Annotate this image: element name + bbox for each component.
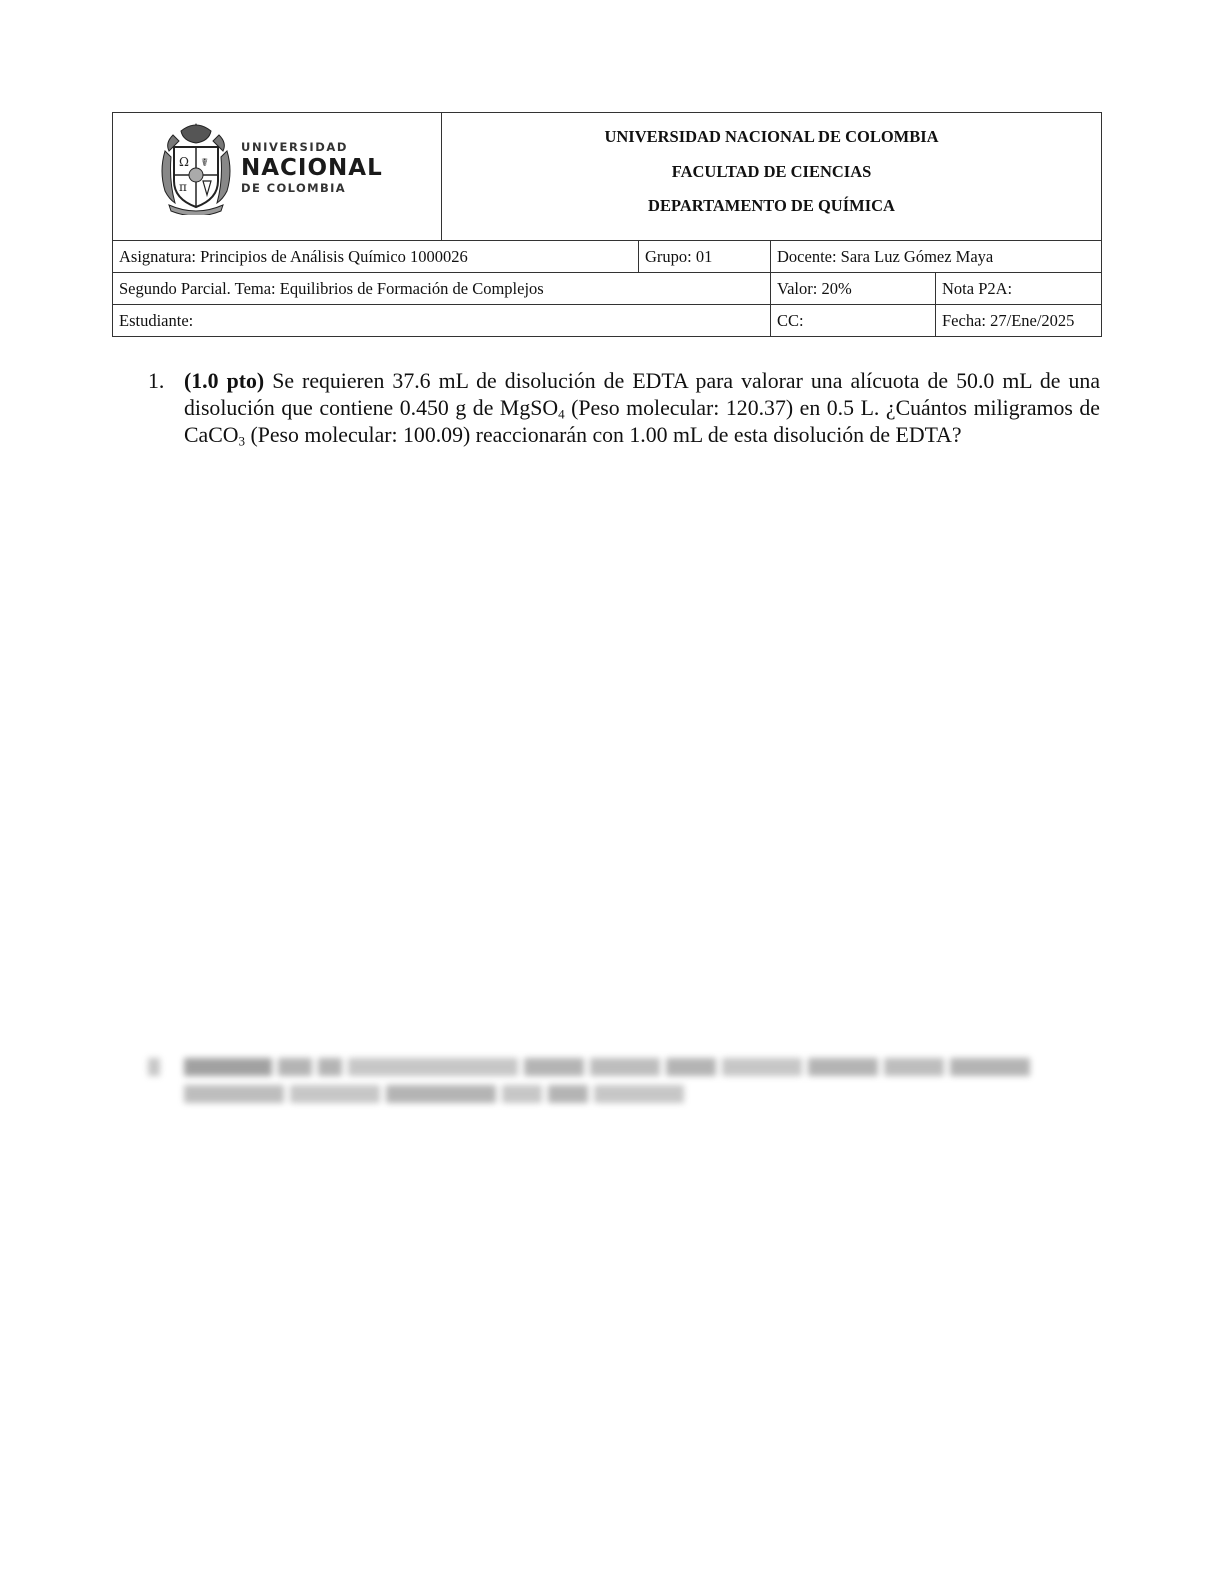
department-title: DEPARTAMENTO DE QUÍMICA — [448, 189, 1095, 224]
teacher-field: Docente: Sara Luz Gómez Maya — [771, 241, 1102, 273]
student-field: Estudiante: — [113, 305, 771, 337]
date-field: Fecha: 27/Ene/2025 — [936, 305, 1102, 337]
course-field: Asignatura: Principios de Análisis Quími… — [113, 241, 639, 273]
university-crest-icon: Ω ☤ π — [159, 121, 233, 215]
wordmark-line-2: NACIONAL — [241, 157, 383, 180]
logo-cell: Ω ☤ π UNIVERSIDAD NACIONAL DE COLOMBIA — [113, 113, 442, 241]
question-body-redacted — [184, 1052, 1100, 1106]
exam-header-table: Ω ☤ π UNIVERSIDAD NACIONAL DE COLOMBIA U… — [112, 112, 1102, 337]
university-wordmark: UNIVERSIDAD NACIONAL DE COLOMBIA — [241, 142, 383, 195]
svg-text:☤: ☤ — [201, 156, 208, 169]
id-field: CC: — [771, 305, 936, 337]
wordmark-line-1: UNIVERSIDAD — [241, 142, 383, 154]
university-logo: Ω ☤ π UNIVERSIDAD NACIONAL DE COLOMBIA — [159, 121, 383, 215]
institution-titles: UNIVERSIDAD NACIONAL DE COLOMBIA FACULTA… — [442, 113, 1102, 241]
question-1: 1. (1.0 pto) Se requieren 37.6 mL de dis… — [148, 368, 1100, 449]
exam-topic-field: Segundo Parcial. Tema: Equilibrios de Fo… — [113, 273, 771, 305]
wordmark-line-3: DE COLOMBIA — [241, 183, 383, 195]
svg-text:Ω: Ω — [179, 155, 189, 169]
faculty-title: FACULTAD DE CIENCIAS — [448, 155, 1095, 190]
question-number-redacted — [148, 1052, 166, 1079]
value-field: Valor: 20% — [771, 273, 936, 305]
group-field: Grupo: 01 — [639, 241, 771, 273]
question-number: 1. — [148, 368, 164, 395]
university-title: UNIVERSIDAD NACIONAL DE COLOMBIA — [448, 120, 1095, 155]
question-2-redacted — [148, 1052, 1100, 1106]
question-body: (1.0 pto) Se requieren 37.6 mL de disolu… — [184, 368, 1100, 449]
grade-field: Nota P2A: — [936, 273, 1102, 305]
svg-text:π: π — [179, 180, 187, 194]
question-text-part-c: (Peso molecular: 100.09) reaccionarán co… — [245, 423, 962, 447]
question-points: (1.0 pto) — [184, 369, 264, 393]
